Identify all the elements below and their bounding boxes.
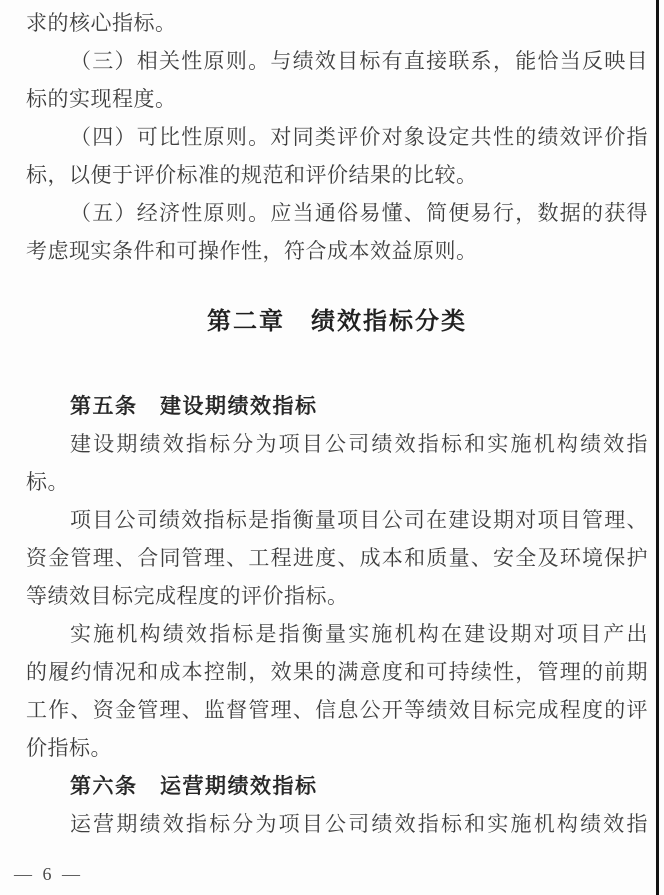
- text-line: （三）相关性原则。与绩效目标有直接联系，能恰当反映目: [26, 42, 648, 80]
- text-line: 考虑现实条件和可操作性，符合成本效益原则。: [26, 232, 648, 270]
- document-content: 求的核心指标。 （三）相关性原则。与绩效目标有直接联系，能恰当反映目 标的实现程…: [26, 4, 648, 843]
- text-line: 建设期绩效指标分为项目公司绩效指标和实施机构绩效指: [26, 425, 648, 463]
- text-line: 标，以便于评价标准的规范和评价结果的比较。: [26, 156, 648, 194]
- text-line: 的履约情况和成本控制，效果的满意度和可持续性，管理的前期: [26, 653, 648, 691]
- text-line: 等绩效目标完成程度的评价指标。: [26, 577, 648, 615]
- text-line: 实施机构绩效指标是指衡量实施机构在建设期对项目产出: [26, 615, 648, 653]
- page-edge-line: [656, 0, 659, 895]
- text-line: 项目公司绩效指标是指衡量项目公司在建设期对项目管理、: [26, 501, 648, 539]
- text-line: 运营期绩效指标分为项目公司绩效指标和实施机构绩效指: [26, 805, 648, 843]
- text-line: （四）可比性原则。对同类评价对象设定共性的绩效评价指: [26, 118, 648, 156]
- text-line: 资金管理、合同管理、工程进度、成本和质量、安全及环境保护: [26, 539, 648, 577]
- text-line: （五）经济性原则。应当通俗易懂、简便易行，数据的获得: [26, 194, 648, 232]
- text-line: 工作、资金管理、监督管理、信息公开等绩效目标完成程度的评: [26, 691, 648, 729]
- page-number: — 6 —: [14, 862, 83, 886]
- text-line: 求的核心指标。: [26, 4, 648, 42]
- document-page: 求的核心指标。 （三）相关性原则。与绩效目标有直接联系，能恰当反映目 标的实现程…: [0, 0, 664, 895]
- chapter-heading: 第二章 绩效指标分类: [26, 300, 648, 344]
- text-line: 标。: [26, 463, 648, 501]
- text-line: 标的实现程度。: [26, 80, 648, 118]
- text-line: 价指标。: [26, 729, 648, 767]
- article-heading: 第六条 运营期绩效指标: [26, 767, 648, 805]
- article-heading: 第五条 建设期绩效指标: [26, 387, 648, 425]
